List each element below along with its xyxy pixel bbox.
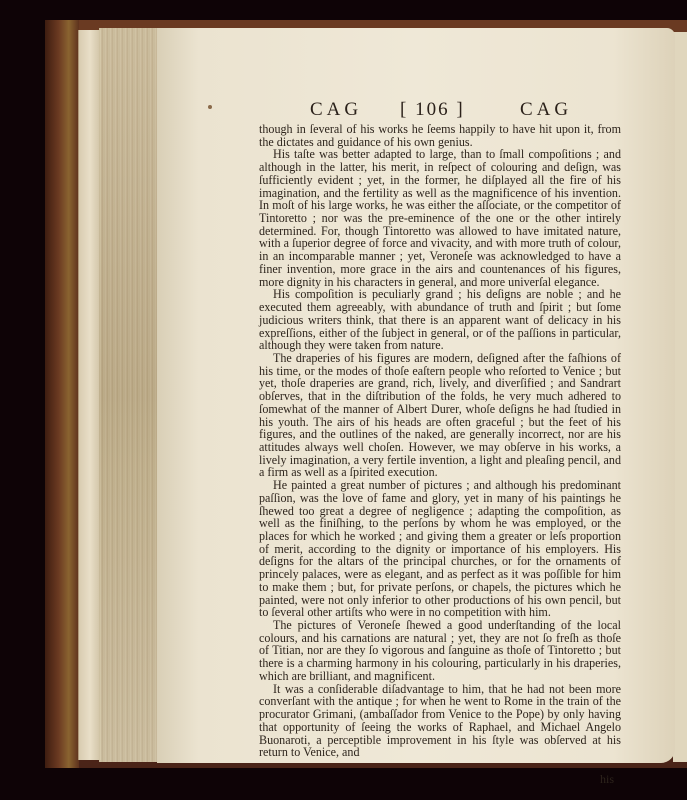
paragraph: It was a conſiderable diſadvantage to hi… [259, 683, 621, 759]
cover-edge [45, 20, 79, 768]
running-head-right: CAG [520, 99, 572, 121]
foxing-spot [208, 105, 212, 109]
page-stack [78, 30, 101, 760]
paragraph: The draperies of his figures are modern,… [259, 352, 621, 479]
paragraph: though in ſeveral of his works he ſeems … [259, 123, 621, 148]
paragraph: His taſte was better adapted to large, t… [259, 148, 621, 288]
paragraph: He painted a great number of pictures ; … [259, 479, 621, 619]
page-number: [ 106 ] [400, 99, 465, 121]
next-page-edge [673, 32, 687, 762]
running-head: CAG [ 106 ] CAG [252, 99, 672, 123]
paragraph: His compoſition is peculiarly grand ; hi… [259, 288, 621, 352]
paragraph: The pictures of Veroneſe ſhewed a good u… [259, 619, 621, 683]
catchword: his [600, 772, 614, 787]
page-fore-edge [99, 28, 157, 762]
running-head-left: CAG [310, 99, 362, 121]
body-text: though in ſeveral of his works he ſeems … [259, 123, 621, 759]
